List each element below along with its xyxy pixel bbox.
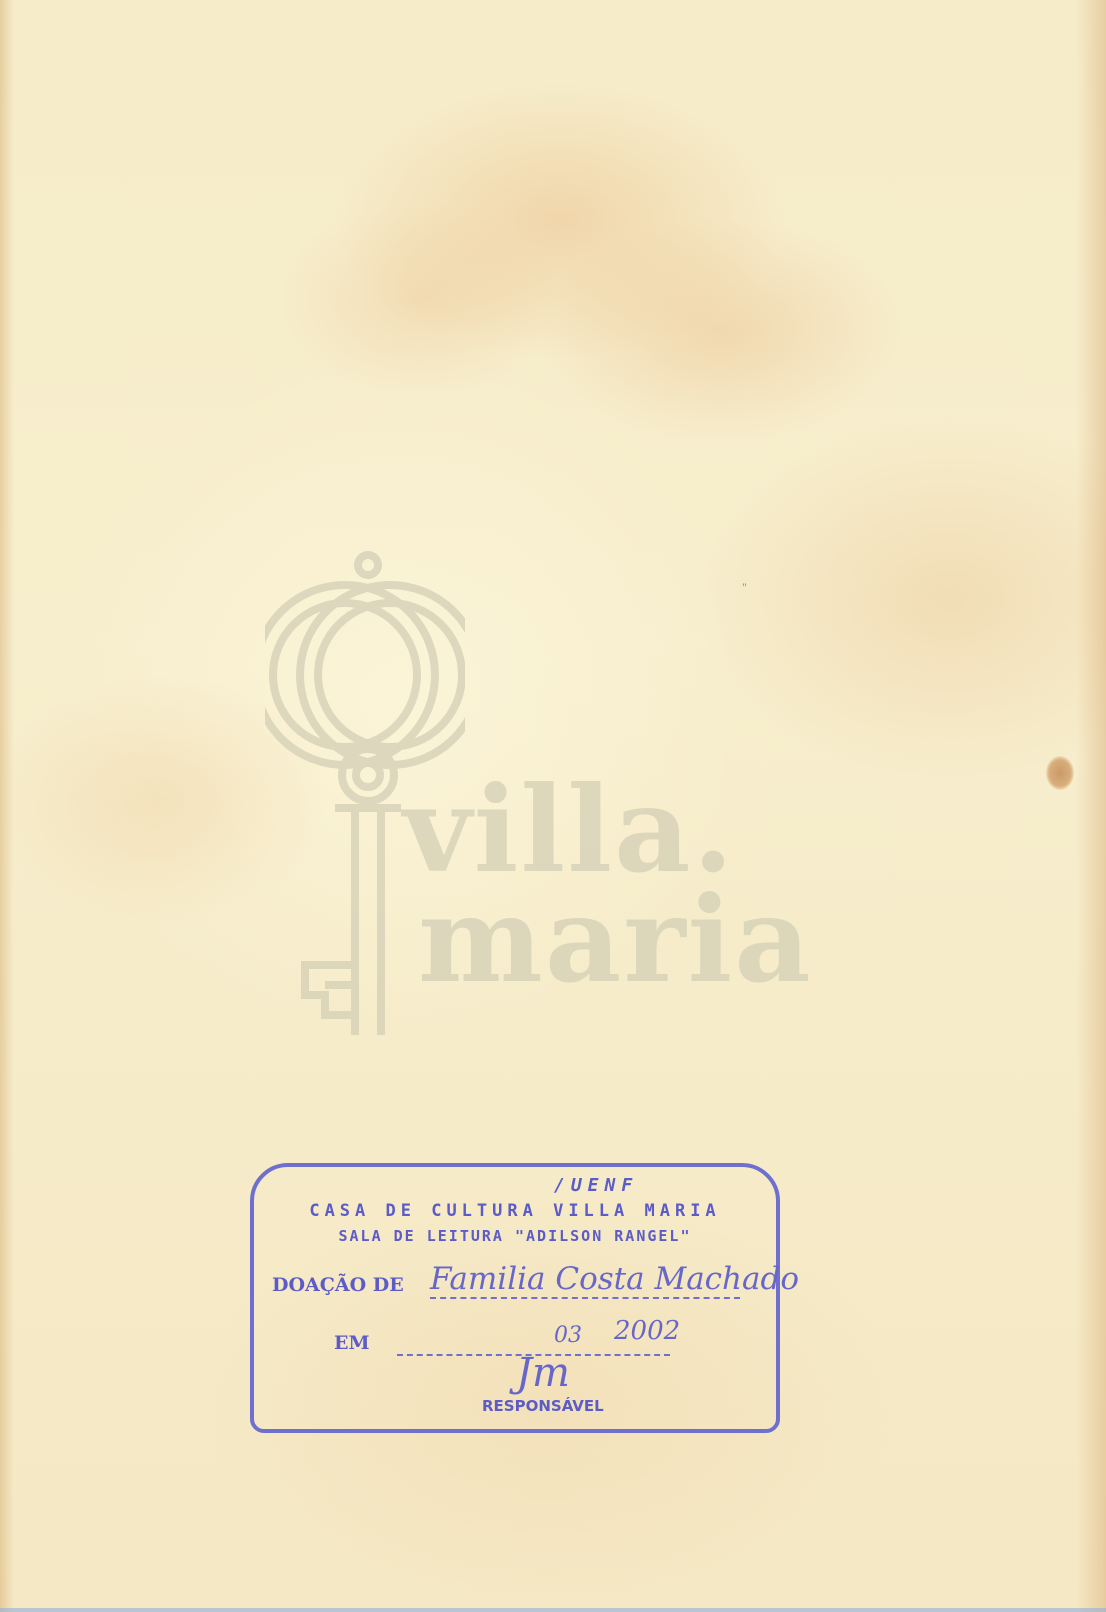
- stamp-reading-room: SALA DE LEITURA "ADILSON RANGEL": [254, 1227, 776, 1245]
- page-edge-right: [1076, 0, 1106, 1612]
- paper-stain: [1046, 756, 1074, 790]
- responsible-label: RESPONSÁVEL: [482, 1397, 604, 1415]
- donation-line: [430, 1297, 740, 1299]
- signature-handwritten: Jm: [516, 1350, 570, 1396]
- stamp-subtitle: /UENF: [554, 1175, 638, 1196]
- villa-maria-watermark: villa. maria: [265, 545, 825, 1065]
- page-edge-left: [0, 0, 14, 1612]
- library-donation-stamp: /UENF CASA DE CULTURA VILLA MARIA SALA D…: [250, 1163, 780, 1433]
- document-page: " villa. maria /UENF CASA DE CULTURA VIL…: [0, 0, 1106, 1612]
- page-edge-bottom: [0, 1602, 1106, 1612]
- watermark-maria-text: maria: [418, 881, 813, 999]
- donor-name-handwritten: Familia Costa Machado: [430, 1261, 799, 1297]
- stamp-institution: CASA DE CULTURA VILLA MARIA: [254, 1201, 776, 1221]
- donation-label: DOAÇÃO DE: [272, 1274, 404, 1296]
- date-month-handwritten: 03: [554, 1323, 582, 1348]
- date-label: EM: [334, 1332, 370, 1354]
- date-year-handwritten: 2002: [614, 1316, 680, 1346]
